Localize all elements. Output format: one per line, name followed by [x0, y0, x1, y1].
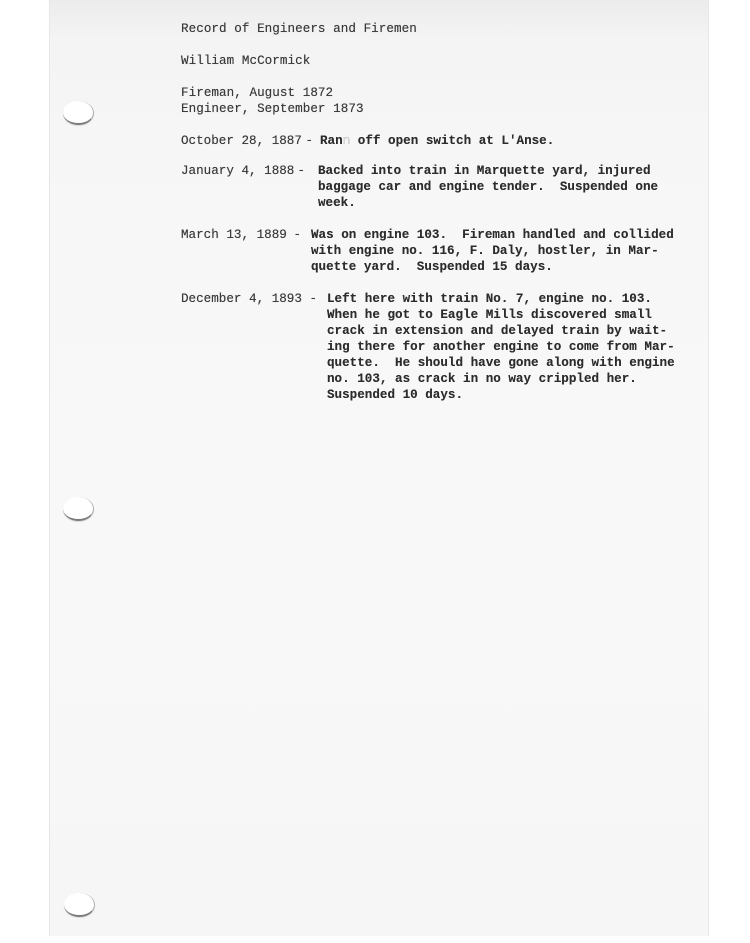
entry-separator: - — [286, 227, 309, 243]
entry-text-line: quette yard. Suspended 15 days. — [311, 259, 553, 275]
entry-separator: - — [302, 291, 325, 307]
entry-text-line: When he got to Eagle Mills discovered sm… — [327, 307, 652, 323]
career-engineer: Engineer, September 1873 — [181, 101, 364, 117]
person-name: William McCormick — [181, 53, 310, 69]
punch-hole-middle — [63, 497, 94, 521]
punch-hole-bottom — [64, 893, 95, 917]
entry-text-line: ing there for another engine to come fro… — [327, 339, 675, 355]
career-fireman: Fireman, August 1872 — [181, 85, 333, 101]
entry-text-line: Suspended 10 days. — [327, 387, 463, 403]
entry-date: March 13, 1889 — [181, 227, 287, 243]
entry-text-line: Was on engine 103. Fireman handled and c… — [311, 227, 674, 243]
entry-separator: - — [290, 163, 313, 179]
entry-text-word: Rann off open switch at L'Anse. — [320, 134, 554, 148]
entry-text-line: no. 103, as crack in no way crippled her… — [327, 371, 637, 387]
document-title: Record of Engineers and Firemen — [181, 21, 417, 37]
entry-text-line: Rann off open switch at L'Anse. — [320, 133, 554, 149]
entry-date: January 4, 1888 — [181, 163, 294, 179]
punch-hole-top — [63, 101, 94, 125]
entry-text-line: baggage car and engine tender. Suspended… — [318, 179, 658, 195]
entry-text-line: week. — [318, 195, 356, 211]
entry-text-line: crack in extension and delayed train by … — [327, 323, 667, 339]
entry-text-line: Left here with train No. 7, engine no. 1… — [327, 291, 652, 307]
entry-date: December 4, 1893 — [181, 291, 302, 307]
entry-separator: - — [298, 133, 321, 149]
entry-text-line: quette. He should have gone along with e… — [327, 355, 675, 371]
entry-text-line: Backed into train in Marquette yard, inj… — [318, 163, 651, 179]
entry-date: October 28, 1887 — [181, 133, 302, 149]
entry-text-line: with engine no. 116, F. Daly, hostler, i… — [311, 243, 659, 259]
